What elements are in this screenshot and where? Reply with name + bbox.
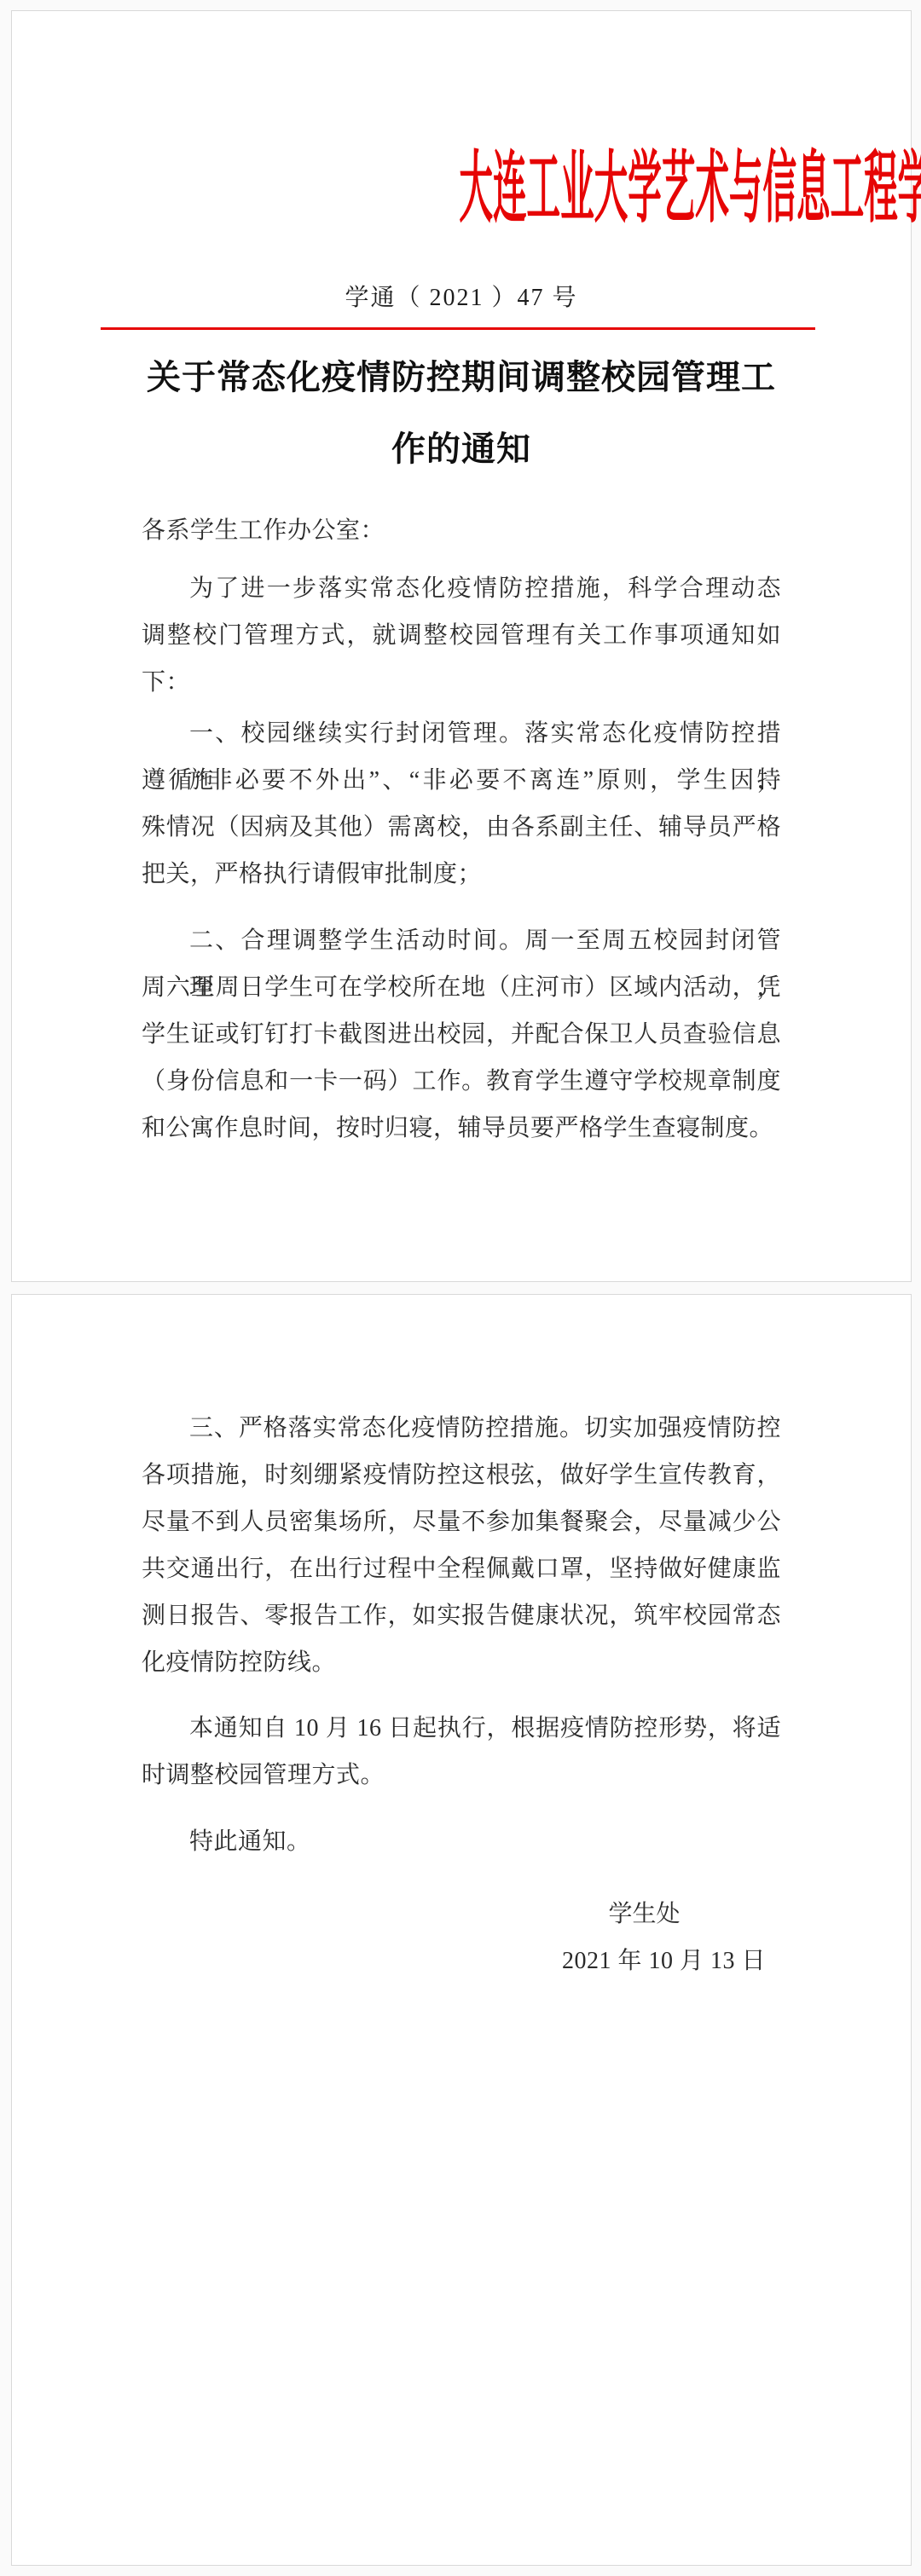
- paragraph-intro: 为了进一步落实常态化疫情防控措施，科学合理动态调整校门管理方式，就调整校园管理有…: [142, 565, 781, 706]
- letterhead-divider-rule: [101, 327, 815, 330]
- body-line: 把关，严格执行请假审批制度；: [142, 851, 781, 898]
- body-line: 为了进一步落实常态化疫情防控措施，科学合理动态: [189, 565, 781, 612]
- document-page-2: 三、严格落实常态化疫情防控措施。切实加强疫情防控各项措施，时刻绷紧疫情防控这根弦…: [11, 1294, 912, 2566]
- body-line: 测日报告、零报告工作，如实报告健康状况，筑牢校园常态: [142, 1592, 781, 1639]
- body-line: 遵循“非必要不外出”、“非必要不离连”原则，学生因特: [142, 757, 781, 804]
- notice-title-line-2: 作的通知: [12, 413, 911, 485]
- body-line: 本通知自 10 月 16 日起执行，根据疫情防控形势，将适: [189, 1705, 781, 1752]
- body-line: 调整校门管理方式，就调整校园管理有关工作事项通知如: [142, 612, 781, 659]
- body-line: 下：: [142, 659, 781, 706]
- document-viewer: { "colors":{ "accent_red":"#e60505", "ca…: [0, 0, 921, 2576]
- body-line: 三、严格落实常态化疫情防控措施。切实加强疫情防控: [189, 1405, 781, 1452]
- paragraph-item-3: 三、严格落实常态化疫情防控措施。切实加强疫情防控各项措施，时刻绷紧疫情防控这根弦…: [142, 1405, 781, 1686]
- signature-department: 学生处: [562, 1891, 766, 1938]
- body-line: 殊情况（因病及其他）需离校，由各系副主任、辅导员严格: [142, 804, 781, 851]
- body-line: 化疫情防控防线。: [142, 1639, 781, 1686]
- document-page-1: 大连工业大学艺术与信息工程学院学生工作处 学通（ 2021 ）47 号 关于常态…: [11, 10, 912, 1282]
- notice-title: 关于常态化疫情防控期间调整校园管理工 作的通知: [12, 342, 911, 485]
- signature-date: 2021 年 10 月 13 日: [562, 1938, 766, 1984]
- paragraph-salutation: 各系学生工作办公室：: [142, 507, 781, 554]
- letterhead: 大连工业大学艺术与信息工程学院学生工作处: [12, 147, 911, 230]
- paragraph-closing: 特此通知。: [142, 1818, 781, 1865]
- body-line: 各系学生工作办公室：: [142, 507, 781, 554]
- body-line: 学生证或钉钉打卡截图进出校园，并配合保卫人员查验信息: [142, 1011, 781, 1058]
- body-line: 时调整校园管理方式。: [142, 1752, 781, 1799]
- doc-number: 学通（ 2021 ）47 号: [12, 279, 911, 313]
- paragraph-item-2: 二、合理调整学生活动时间。周一至周五校园封闭管理，周六至周日学生可在学校所在地（…: [142, 917, 781, 1152]
- signature-block: 学生处 2021 年 10 月 13 日: [562, 1891, 766, 1984]
- body-line: （身份信息和一卡一码）工作。教育学生遵守学校规章制度: [142, 1058, 781, 1105]
- letterhead-org-title: 大连工业大学艺术与信息工程学院学生工作处: [459, 147, 921, 230]
- body-line: 各项措施，时刻绷紧疫情防控这根弦，做好学生宣传教育，: [142, 1452, 781, 1499]
- paragraph-effective-date: 本通知自 10 月 16 日起执行，根据疫情防控形势，将适时调整校园管理方式。: [142, 1705, 781, 1799]
- body-line: 尽量不到人员密集场所，尽量不参加集餐聚会，尽量减少公: [142, 1499, 781, 1545]
- body-line: 和公寓作息时间，按时归寝，辅导员要严格学生查寝制度。: [142, 1105, 781, 1152]
- body-line: 特此通知。: [189, 1818, 781, 1865]
- notice-title-line-1: 关于常态化疫情防控期间调整校园管理工: [12, 342, 911, 413]
- body-line: 二、合理调整学生活动时间。周一至周五校园封闭管理，: [189, 917, 781, 964]
- body-line: 一、校园继续实行封闭管理。落实常态化疫情防控措施，: [189, 710, 781, 757]
- body-line: 共交通出行，在出行过程中全程佩戴口罩，坚持做好健康监: [142, 1545, 781, 1592]
- body-line: 周六至周日学生可在学校所在地（庄河市）区域内活动，凭: [142, 964, 781, 1011]
- paragraph-item-1: 一、校园继续实行封闭管理。落实常态化疫情防控措施，遵循“非必要不外出”、“非必要…: [142, 710, 781, 898]
